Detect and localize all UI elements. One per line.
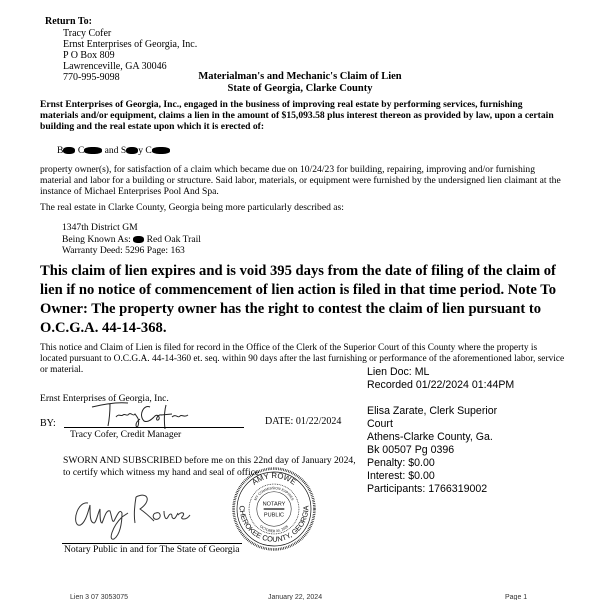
known-as-row: Being Known As: Red Oak Trail: [62, 234, 201, 246]
property-owners: B C and Sy C: [57, 145, 170, 156]
return-po-box: P O Box 809: [63, 50, 197, 61]
footer-document-id: Lien 3 07 3053075: [70, 594, 128, 600]
redaction-mark: [63, 147, 75, 154]
redaction-mark: [152, 147, 170, 154]
sworn-statement: SWORN AND SUBSCRIBED before me on this 2…: [63, 455, 363, 479]
interest: Interest: $0.00: [367, 470, 514, 483]
signer-name: Tracy Cofer, Credit Manager: [70, 429, 181, 440]
recording-doc-type: Lien Doc: ML: [367, 366, 514, 379]
known-as-value: Red Oak Trail: [147, 234, 201, 245]
recording-county: Athens-Clarke County, Ga.: [367, 431, 514, 444]
clerk-name: Elisa Zarate, Clerk Superior: [367, 405, 514, 418]
by-label: BY:: [40, 418, 56, 429]
participants: Participants: 1766319002: [367, 483, 514, 496]
notary-seal-icon: AMY ROWE CHEROKEE COUNTY, GEORGIA MY COM…: [231, 466, 317, 552]
lien-expiration-notice: This claim of lien expires and is void 3…: [40, 262, 570, 338]
return-to-label: Return To:: [45, 16, 92, 27]
redaction-mark: [84, 147, 102, 154]
claim-paragraph: property owner(s), for satisfaction of a…: [40, 164, 565, 197]
svg-text:CHEROKEE COUNTY, GEORGIA: CHEROKEE COUNTY, GEORGIA: [238, 505, 311, 543]
district: 1347th District GM: [62, 222, 201, 234]
signature-line: [64, 427, 244, 428]
owner-text: y C: [138, 145, 152, 156]
known-as-label: Being Known As:: [62, 234, 131, 245]
document-title: Materialman's and Mechanic's Claim of Li…: [130, 71, 470, 95]
footer-page: Page 1: [505, 594, 527, 600]
legal-description: 1347th District GM Being Known As: Red O…: [62, 222, 201, 257]
recorded-timestamp: Recorded 01/22/2024 01:44PM: [367, 379, 514, 392]
footer-date: January 22, 2024: [268, 594, 322, 600]
real-estate-intro: The real estate in Clarke County, Georgi…: [40, 202, 344, 213]
title-line-2: State of Georgia, Clarke County: [130, 83, 470, 95]
claimant-signature-icon: [88, 395, 198, 431]
intro-paragraph: Ernst Enterprises of Georgia, Inc., enga…: [40, 99, 560, 132]
svg-text:NOTARY: NOTARY: [263, 502, 286, 508]
redaction-mark: [126, 147, 138, 154]
notary-label: Notary Public in and for The State of Ge…: [64, 544, 240, 555]
title-line-1: Materialman's and Mechanic's Claim of Li…: [130, 71, 470, 83]
recording-stamp: Lien Doc: ML Recorded 01/22/2024 01:44PM…: [367, 366, 514, 496]
signature-date: DATE: 01/22/2024: [265, 416, 341, 427]
return-company: Ernst Enterprises of Georgia, Inc.: [63, 39, 197, 50]
redaction-mark: [133, 236, 144, 243]
owner-text: and S: [105, 145, 127, 156]
penalty: Penalty: $0.00: [367, 457, 514, 470]
book-page: Bk 00507 Pg 0396: [367, 444, 514, 457]
return-name: Tracy Cofer: [63, 28, 197, 39]
warranty-deed: Warranty Deed: 5296 Page: 163: [62, 245, 201, 257]
clerk-court: Court: [367, 418, 514, 431]
notary-signature-icon: [68, 483, 198, 543]
svg-text:PUBLIC: PUBLIC: [264, 513, 284, 519]
